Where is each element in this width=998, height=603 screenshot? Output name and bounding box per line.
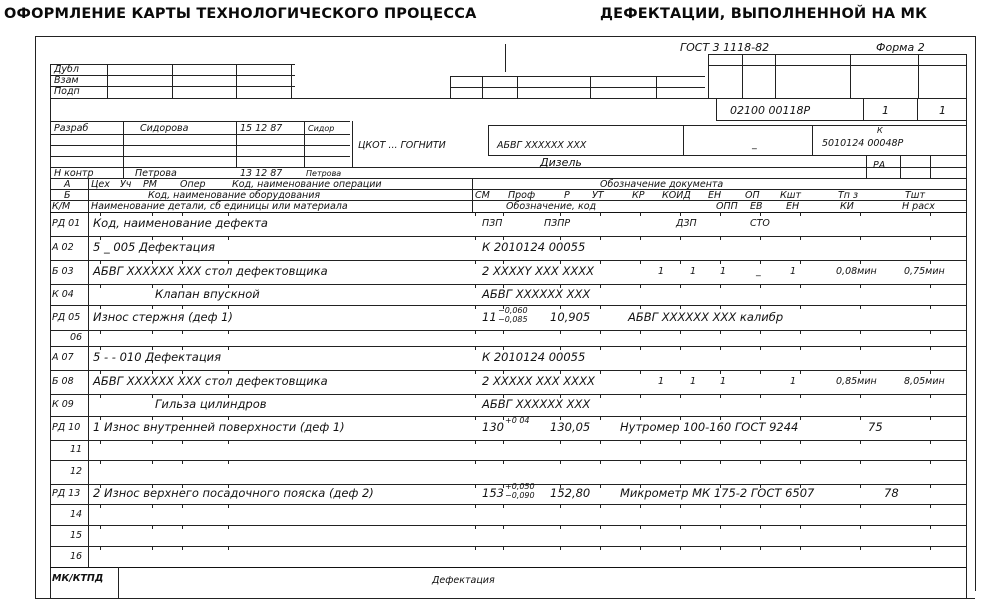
grid-tick: [640, 236, 641, 240]
grid-tick: [720, 212, 721, 216]
product-code: АБВГ XXXXXX XXX: [497, 141, 586, 151]
row-nominal-size: 153: [482, 488, 504, 500]
grid-tick: [720, 305, 721, 309]
grid-tick: [640, 260, 641, 264]
grid-tick: [560, 546, 561, 550]
row-a-col-operation: Опер: [180, 180, 206, 190]
stamp-line: [291, 64, 292, 98]
row-tolerance-lower: −0,085: [498, 316, 528, 324]
grid-tick: [182, 440, 183, 444]
grid-tick: [600, 416, 601, 420]
grid-tick: [475, 440, 476, 444]
grid-tick: [930, 212, 931, 216]
row-instrument: Нутромер 100-160 ГОСТ 9244: [620, 422, 798, 434]
row-b-col-op: ОП: [745, 191, 760, 201]
row-code: РД 10: [52, 423, 80, 433]
frame-right: [975, 36, 976, 591]
grid-line: [683, 125, 684, 155]
grid-tick: [860, 440, 861, 444]
row-description: 5 _ 005 Дефектация: [93, 242, 215, 254]
grid-tick: [503, 525, 504, 529]
grid-line: [488, 125, 489, 155]
grid-tick: [930, 284, 931, 288]
grid-line: [50, 134, 350, 135]
page-title-right: ДЕФЕКТАЦИИ, ВЫПОЛНЕННОЙ НА МК: [600, 6, 927, 22]
grid-line: [50, 394, 966, 395]
grid-line: [50, 370, 966, 371]
grid-tick: [720, 284, 721, 288]
grid-tick: [640, 305, 641, 309]
grid-tick: [152, 305, 153, 309]
grid-tick: [640, 504, 641, 508]
row-tolerance-upper: +0 04: [505, 417, 530, 425]
grid-tick: [930, 440, 931, 444]
grid-tick: [930, 236, 931, 240]
grid-tick: [228, 525, 229, 529]
grid-tick: [860, 546, 861, 550]
row-value: 1: [658, 267, 664, 277]
grid-tick: [720, 525, 721, 529]
grid-line: [123, 121, 124, 178]
grid-tick: [680, 212, 681, 216]
grid-tick: [930, 525, 931, 529]
grid-tick: [860, 305, 861, 309]
grid-tick: [760, 394, 761, 398]
grid-tick: [930, 346, 931, 350]
row-designation: 2 XXXXY XXX XXXX: [482, 266, 594, 278]
grid-tick: [100, 284, 101, 288]
grid-tick: [475, 525, 476, 529]
grid-tick: [800, 394, 801, 398]
grid-line: [50, 346, 966, 347]
grid-tick: [228, 330, 229, 334]
row-code: 15: [70, 531, 82, 541]
grid-tick: [930, 546, 931, 550]
row-code: Б 03: [52, 267, 74, 277]
grid-tick: [600, 394, 601, 398]
grid-tick: [475, 330, 476, 334]
grid-tick: [720, 330, 721, 334]
grid-tick: [475, 346, 476, 350]
row-instrument: АБВГ XXXXXX XXX калибр: [628, 312, 783, 324]
row-limit-size: 10,905: [550, 312, 590, 324]
row-col-label: ПЗПР: [544, 219, 570, 229]
grid-tick: [860, 504, 861, 508]
row-code: 06: [70, 333, 82, 343]
row-designation: АБВГ XXXXXX XXX: [482, 289, 590, 301]
grid-tick: [760, 260, 761, 264]
grid-tick: [503, 212, 504, 216]
row-b-col-en: ЕН: [708, 191, 721, 201]
row-col-label: СТО: [750, 219, 770, 229]
grid-line: [866, 155, 867, 178]
grid-tick: [680, 260, 681, 264]
row-b-col-prof: Проф: [508, 191, 535, 201]
row-code: РД 05: [52, 313, 80, 323]
grid-tick: [760, 370, 761, 374]
row-nominal-size: 130: [482, 422, 504, 434]
form-number: Форма 2: [876, 42, 925, 53]
row-time-piece: 0,75мин: [904, 267, 945, 277]
grid-tick: [182, 504, 183, 508]
row-b-col-tpc: Тшт: [905, 191, 925, 201]
grid-tick: [600, 525, 601, 529]
grid-tick: [720, 346, 721, 350]
grid-tick: [475, 416, 476, 420]
grid-tick: [640, 346, 641, 350]
grid-line: [708, 54, 966, 55]
grid-tick: [475, 370, 476, 374]
row-instrument: Микрометр МК 175-2 ГОСТ 6507: [620, 488, 814, 500]
grid-tick: [860, 525, 861, 529]
grid-tick: [600, 484, 601, 488]
document-letter: К: [877, 127, 883, 135]
grid-tick: [600, 260, 601, 264]
grid-tick: [800, 504, 801, 508]
row-b-col-ut: УТ: [592, 191, 604, 201]
row-a-doc-designation: Обозначение документа: [600, 180, 723, 190]
grid-tick: [560, 330, 561, 334]
grid-tick: [475, 260, 476, 264]
grid-tick: [680, 330, 681, 334]
pa-label: РА: [873, 161, 885, 171]
grid-line: [50, 167, 966, 168]
row-code: РД 01: [52, 219, 80, 229]
grid-tick: [152, 330, 153, 334]
grid-tick: [680, 504, 681, 508]
grid-line: [50, 525, 966, 526]
grid-tick: [100, 504, 101, 508]
row-description: Код, наименование дефекта: [93, 218, 268, 230]
grid-tick: [100, 394, 101, 398]
row-description: Гильза цилиндров: [155, 399, 267, 411]
grid-tick: [640, 284, 641, 288]
row-km-part-name: Наименование детали, сб единицы или мате…: [91, 202, 348, 212]
grid-tick: [228, 504, 229, 508]
row-value: 1: [720, 267, 726, 277]
grid-line: [118, 567, 119, 598]
grid-tick: [100, 330, 101, 334]
grid-tick: [930, 416, 931, 420]
stamp-label-podp: Подп: [54, 87, 80, 97]
grid-tick: [503, 460, 504, 464]
grid-line: [50, 145, 350, 146]
grid-tick: [503, 504, 504, 508]
product-name: Дизель: [540, 157, 582, 168]
row-description: 1 Износ внутренней поверхности (деф 1): [93, 422, 345, 434]
grid-line: [450, 76, 705, 77]
row-designation: К 2010124 00055: [482, 352, 585, 364]
center-mark: [505, 44, 506, 72]
row-km-col-en: ЕН: [786, 202, 799, 212]
stamp-line: [172, 64, 173, 98]
row-code: А 02: [52, 243, 74, 253]
row-code: 14: [70, 510, 82, 520]
grid-tick: [100, 546, 101, 550]
grid-tick: [152, 504, 153, 508]
grid-tick: [503, 330, 504, 334]
row-value: 1: [720, 377, 726, 387]
grid-tick: [503, 440, 504, 444]
grid-line: [352, 121, 353, 167]
grid-tick: [860, 416, 861, 420]
grid-tick: [182, 305, 183, 309]
grid-line: [472, 178, 473, 212]
row-b-code: Б: [64, 191, 71, 201]
row-code: К 09: [52, 400, 74, 410]
grid-tick: [800, 546, 801, 550]
grid-line: [863, 98, 864, 120]
row-nominal-size: 11: [482, 312, 497, 324]
grid-tick: [475, 305, 476, 309]
grid-tick: [800, 284, 801, 288]
grid-tick: [680, 394, 681, 398]
grid-tick: [930, 504, 931, 508]
grid-tick: [760, 504, 761, 508]
row-km-col-ki: КИ: [840, 202, 854, 212]
grid-line: [50, 98, 51, 598]
grid-line: [812, 125, 813, 155]
grid-tick: [640, 460, 641, 464]
document-code: 02100 00118Р: [730, 105, 810, 116]
grid-tick: [860, 260, 861, 264]
grid-tick: [680, 305, 681, 309]
grid-tick: [640, 370, 641, 374]
grid-line: [50, 504, 966, 505]
grid-tick: [228, 305, 229, 309]
grid-tick: [680, 284, 681, 288]
grid-tick: [720, 504, 721, 508]
grid-tick: [800, 212, 801, 216]
row-b-equipment: Код, наименование оборудования: [148, 191, 320, 201]
row-tolerance-upper: +0,050: [505, 483, 535, 491]
grid-tick: [800, 416, 801, 420]
grid-tick: [760, 546, 761, 550]
row-value: 1: [790, 267, 796, 277]
developer-name: Сидорова: [140, 124, 188, 134]
grid-line: [966, 98, 967, 178]
grid-tick: [228, 346, 229, 350]
grid-tick: [475, 394, 476, 398]
grid-tick: [475, 546, 476, 550]
grid-tick: [475, 504, 476, 508]
grid-tick: [680, 346, 681, 350]
grid-tick: [640, 440, 641, 444]
row-b-col-koid: КОИД: [662, 191, 691, 201]
row-km-col-opp: ОПП: [716, 202, 738, 212]
grid-tick: [760, 525, 761, 529]
grid-tick: [760, 212, 761, 216]
row-measured-value: 78: [884, 488, 899, 500]
grid-tick: [930, 305, 931, 309]
grid-tick: [800, 460, 801, 464]
row-value: _: [756, 267, 761, 277]
row-description: Клапан впускной: [155, 289, 260, 301]
row-code: К 04: [52, 290, 74, 300]
gost-standard: ГОСТ 3 1118-82: [680, 42, 769, 53]
grid-tick: [228, 236, 229, 240]
row-a-col-workplace: РМ: [143, 180, 157, 190]
grid-tick: [760, 236, 761, 240]
grid-tick: [760, 460, 761, 464]
grid-line: [708, 54, 709, 98]
grid-tick: [800, 260, 801, 264]
grid-tick: [600, 330, 601, 334]
row-km-col-norm: Н расх: [902, 202, 935, 212]
sheets-total: 1: [939, 105, 946, 116]
row-code: 12: [70, 467, 82, 477]
grid-tick: [640, 525, 641, 529]
grid-tick: [720, 546, 721, 550]
grid-line: [50, 546, 966, 547]
grid-line: [50, 212, 966, 213]
grid-line: [917, 98, 918, 120]
grid-tick: [600, 346, 601, 350]
grid-tick: [475, 236, 476, 240]
grid-tick: [930, 260, 931, 264]
product-dash: _: [752, 140, 757, 150]
row-a-col-op-name: Код, наименование операции: [232, 180, 382, 190]
footer-text: Дефектация: [432, 576, 495, 586]
grid-tick: [720, 236, 721, 240]
grid-tick: [475, 484, 476, 488]
row-tolerance-upper: −0,060: [498, 307, 528, 315]
grid-tick: [560, 525, 561, 529]
grid-tick: [860, 346, 861, 350]
grid-tick: [100, 460, 101, 464]
grid-tick: [560, 212, 561, 216]
grid-tick: [600, 212, 601, 216]
grid-line: [88, 212, 89, 567]
grid-line: [50, 330, 966, 331]
grid-tick: [600, 236, 601, 240]
grid-tick: [600, 504, 601, 508]
row-limit-size: 130,05: [550, 422, 590, 434]
grid-tick: [800, 305, 801, 309]
grid-tick: [800, 346, 801, 350]
grid-tick: [680, 236, 681, 240]
row-description: 2 Износ верхнего посадочного пояска (деф…: [93, 488, 374, 500]
grid-tick: [182, 546, 183, 550]
grid-tick: [640, 330, 641, 334]
row-code: А 07: [52, 353, 74, 363]
grid-tick: [930, 330, 931, 334]
grid-tick: [640, 212, 641, 216]
row-km-code: К/М: [52, 202, 70, 212]
grid-line: [517, 76, 518, 98]
grid-line: [50, 98, 966, 99]
grid-tick: [680, 525, 681, 529]
grid-line: [482, 76, 483, 98]
grid-tick: [560, 440, 561, 444]
grid-tick: [720, 440, 721, 444]
stamp-line: [107, 64, 108, 98]
grid-tick: [152, 525, 153, 529]
grid-line: [50, 567, 966, 568]
document-number: 5010124 00048Р: [822, 139, 903, 149]
row-designation: 2 XXXXX XXX XXXX: [482, 376, 595, 388]
grid-tick: [800, 440, 801, 444]
control-signature: Петрова: [306, 170, 341, 178]
row-b-col-kpc: Кшт: [780, 191, 801, 201]
grid-tick: [600, 546, 601, 550]
grid-line: [966, 54, 967, 98]
grid-tick: [930, 460, 931, 464]
grid-tick: [475, 284, 476, 288]
row-code: 16: [70, 552, 82, 562]
footer-code: МК/КТПД: [52, 574, 103, 584]
row-designation: К 2010124 00055: [482, 242, 585, 254]
grid-tick: [640, 394, 641, 398]
row-km-col-ev: ЕВ: [750, 202, 763, 212]
grid-tick: [860, 284, 861, 288]
row-b-col-tpz: Тп з: [838, 191, 858, 201]
grid-line: [50, 236, 966, 237]
row-description: АБВГ XXXXXX XXX стол дефектовщика: [93, 376, 328, 388]
frame-bottom: [35, 598, 975, 599]
grid-line: [50, 460, 966, 461]
stamp-label-vzam: Взам: [54, 76, 79, 86]
row-description: АБВГ XXXXXX XXX стол дефектовщика: [93, 266, 328, 278]
row-value: 1: [690, 377, 696, 387]
grid-tick: [760, 346, 761, 350]
grid-line: [900, 155, 901, 178]
grid-line: [930, 155, 931, 178]
row-description: 5 - - 010 Дефектация: [93, 352, 221, 364]
row-b-col-kr: КР: [632, 191, 644, 201]
frame-left: [35, 36, 36, 599]
row-designation: АБВГ XXXXXX XXX: [482, 399, 590, 411]
grid-tick: [860, 460, 861, 464]
grid-tick: [680, 370, 681, 374]
grid-line: [450, 76, 451, 98]
developer-signature: Сидор: [308, 125, 334, 133]
grid-tick: [760, 330, 761, 334]
grid-line: [50, 260, 966, 261]
row-km-designation: Обозначение, код: [506, 202, 596, 212]
row-a-col-shop: Цех: [91, 180, 110, 190]
grid-tick: [640, 546, 641, 550]
row-a-code: А: [64, 180, 71, 190]
grid-line: [775, 54, 776, 98]
frame-top: [35, 36, 975, 37]
grid-tick: [800, 236, 801, 240]
grid-tick: [600, 460, 601, 464]
grid-tick: [228, 546, 229, 550]
grid-tick: [860, 236, 861, 240]
row-value: 1: [658, 377, 664, 387]
grid-tick: [860, 370, 861, 374]
grid-tick: [760, 440, 761, 444]
grid-tick: [800, 330, 801, 334]
grid-line: [488, 125, 966, 126]
grid-tick: [503, 546, 504, 550]
grid-line: [708, 65, 966, 66]
grid-tick: [800, 525, 801, 529]
row-code: Б 08: [52, 377, 74, 387]
row-value: 1: [690, 267, 696, 277]
grid-tick: [860, 484, 861, 488]
row-col-label: ПЗП: [482, 219, 502, 229]
row-time-prep: 0,85мин: [836, 377, 877, 387]
grid-tick: [600, 284, 601, 288]
grid-tick: [152, 284, 153, 288]
grid-tick: [680, 440, 681, 444]
row-tolerance-lower: −0,090: [505, 492, 535, 500]
grid-tick: [182, 460, 183, 464]
stamp-line: [50, 64, 51, 98]
grid-line: [918, 54, 919, 98]
